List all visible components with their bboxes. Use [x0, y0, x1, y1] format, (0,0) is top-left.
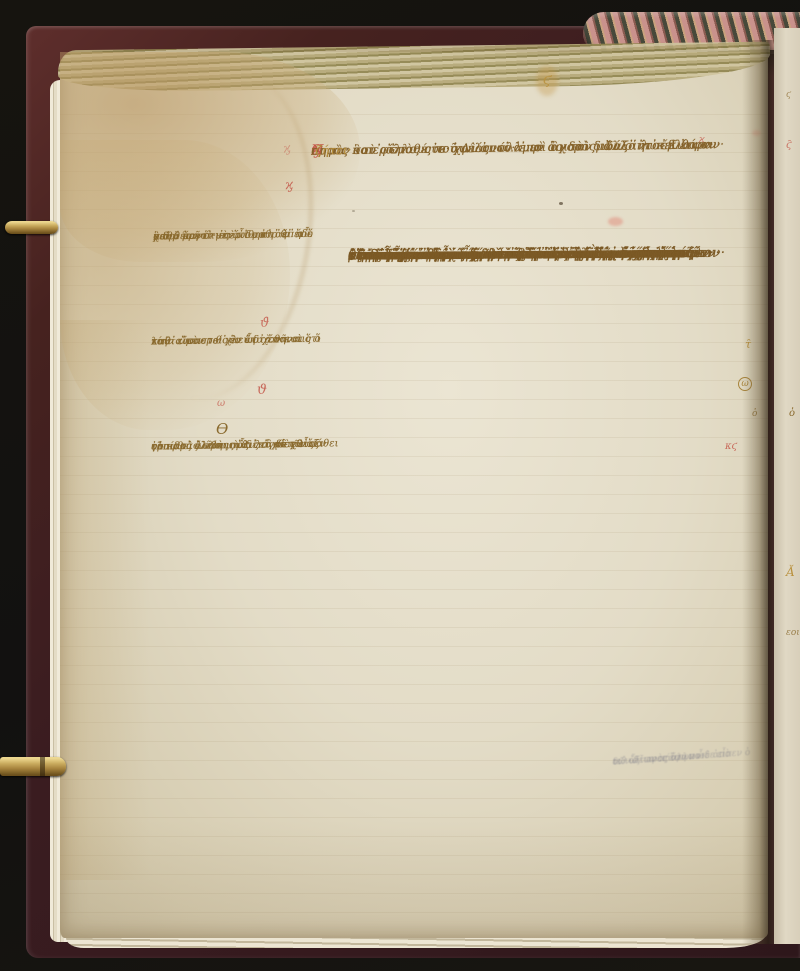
verse-line: πέτρη τ᾽ ὠλενίη καὶ ἀλήσιον ἐντὸς ἐέργει…: [348, 240, 671, 270]
red-numeral-mark: κϛ: [725, 441, 737, 452]
bottom-page-shading: [60, 820, 768, 938]
facing-page-edge: [774, 28, 800, 944]
scholia-tail-flourish: ζήτει·: [315, 139, 352, 163]
clasp-pin-top: [5, 221, 58, 234]
pink-ink-smudge: [608, 217, 623, 226]
facing-page-omicron: ὁ: [789, 408, 795, 419]
note-line: χείρ᾽ ἔργον·—: [153, 227, 227, 245]
note-line: τὰ κατὰ λώβης· ὡς ἐπὶ χθὲς εἶπεν·: [151, 435, 330, 455]
facing-page-red-mark: ϛ̑: [786, 140, 792, 151]
red-theta-mark: ϑ: [257, 382, 267, 398]
red-chi-mark: ϰ: [699, 135, 705, 145]
facing-page-letters: εοι: [786, 628, 800, 638]
red-omega-mark: ω: [217, 398, 225, 409]
left-margin-shading: [60, 320, 150, 880]
ink-speck: [352, 210, 355, 212]
note-line: καθ᾽ ὥσπερ θ᾽ ἓν ἔτυχον καὶ ὅτι: [151, 331, 321, 351]
note-ornament-icon: ϴ: [216, 420, 228, 438]
facing-page-mark: ϛ: [786, 90, 791, 100]
ink-speck: [559, 202, 563, 205]
clasp-pin-bottom: [0, 757, 66, 776]
facing-page-alpha: Ᾰ: [786, 565, 795, 579]
gutter-shadow: [742, 40, 774, 944]
red-flourish-mark: ϑ̑: [260, 316, 269, 331]
manuscript-photograph: ϛ ϗπὶ μὲν τοὺ φωτὸς οὐκ ἀφέλοντο· ἐποὶ ἂ…: [0, 0, 800, 971]
